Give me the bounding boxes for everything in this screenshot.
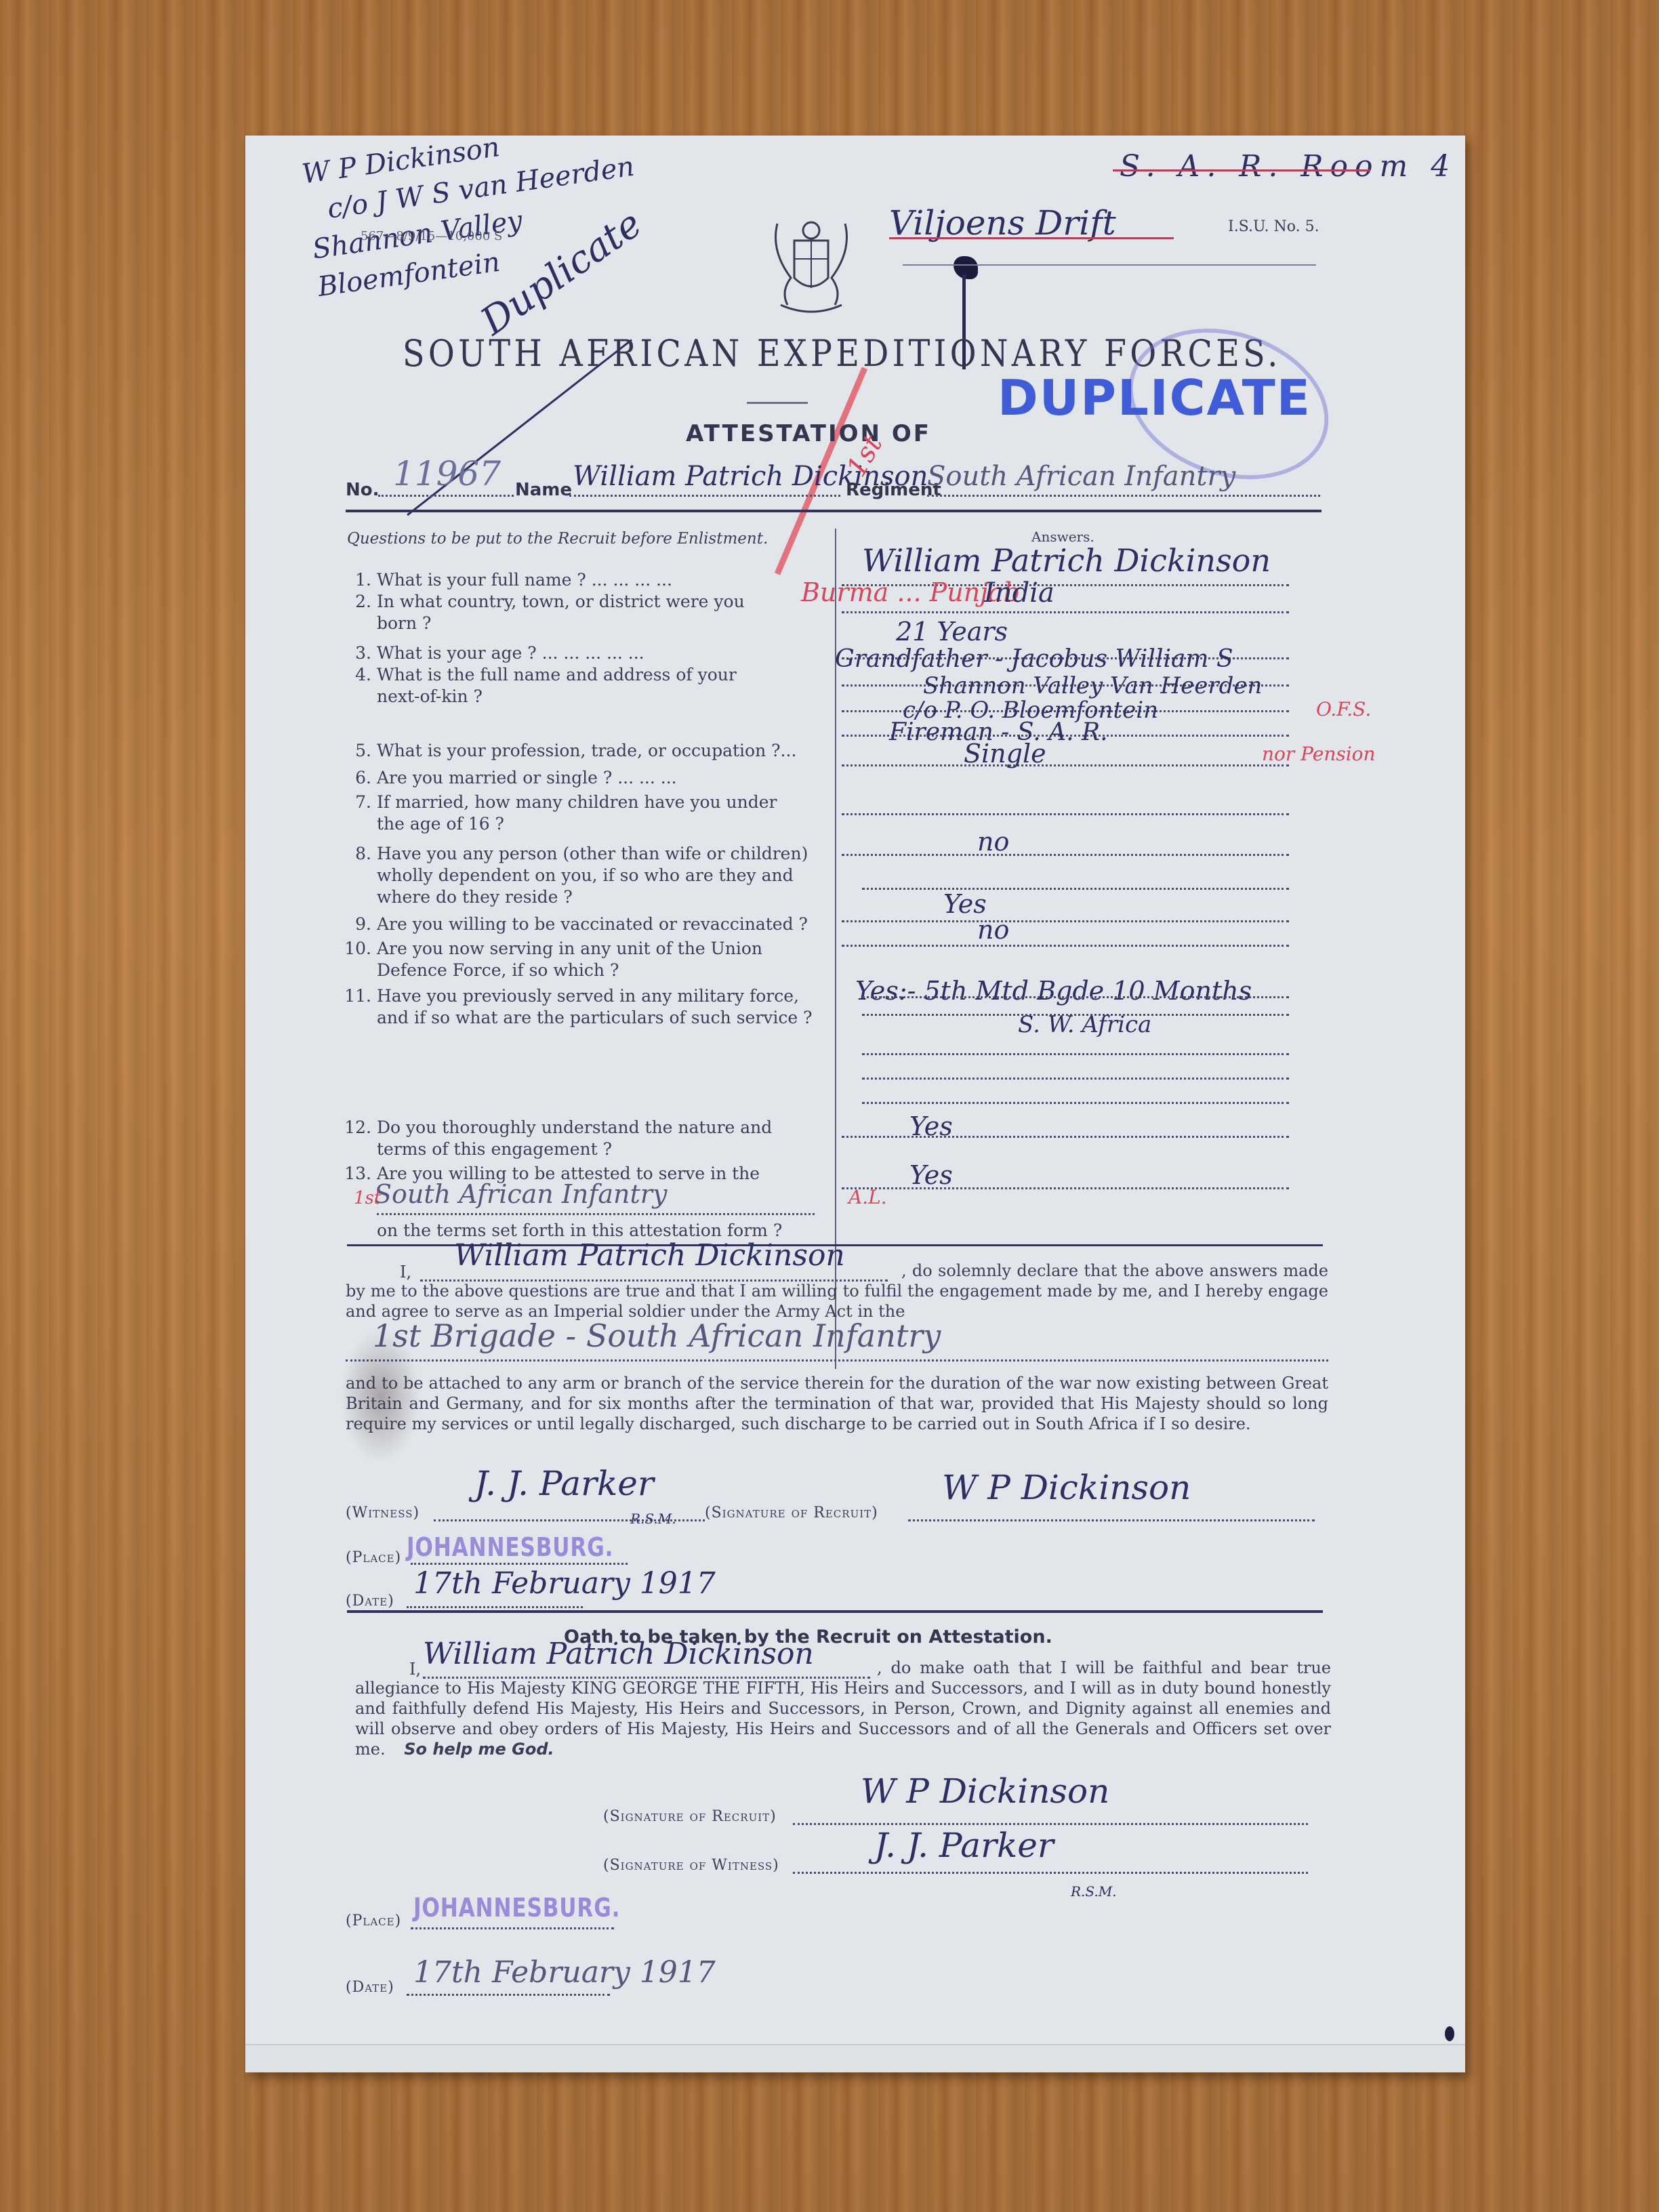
date-value: 17th February 1917 <box>413 1574 716 1594</box>
oath-date-field[interactable] <box>407 1994 610 1996</box>
oath-recruit-signature: W P Dickinson <box>861 1781 1109 1801</box>
declaration-text-2: and to be attached to any arm or branch … <box>346 1373 1328 1434</box>
answer-8-line-b[interactable] <box>862 888 1289 890</box>
place-field[interactable] <box>411 1563 628 1565</box>
answer-11-line2: S. W. Africa <box>1018 1011 1151 1038</box>
question-11: 11.Have you previously served in any mil… <box>340 985 815 1029</box>
attestation-form: W P Dickinson c/o J W S van Heerden Shan… <box>245 136 1465 2072</box>
oath-prefix: I, <box>409 1659 421 1679</box>
declaration-unit: 1st Brigade - South African Infantry <box>373 1326 941 1346</box>
answer-11-line1: Yes:- 5th Mtd Bgde 10 Months <box>855 976 1252 1006</box>
answer-2: India <box>984 577 1054 609</box>
question-7: 7.If married, how many children have you… <box>340 792 815 835</box>
answer-13: Yes <box>909 1160 953 1190</box>
question-12: 12.Do you thoroughly understand the natu… <box>340 1117 815 1160</box>
question-5: 5.What is your profession, trade, or occ… <box>340 740 815 762</box>
answer-11-line-d[interactable] <box>862 1078 1289 1080</box>
declaration-block: I, William Patrich Dickinson , do solemn… <box>346 1255 1328 1434</box>
oath-recruit-field[interactable] <box>793 1823 1308 1825</box>
oath-signatures: (Signature of Recruit) W P Dickinson (Si… <box>346 1796 1328 2135</box>
first-signature-block: (Witness) J. J. Parker R.S.M. (Signature… <box>346 1491 1328 1626</box>
answer-9-line[interactable] <box>842 920 1289 922</box>
answer-4-line2: Shannon Valley Van Heerden <box>923 672 1262 699</box>
answer-6-red: nor Pension <box>1262 743 1376 765</box>
oath-recruit-label: (Signature of Recruit) <box>603 1807 777 1827</box>
q13-unit-field[interactable] <box>377 1213 815 1215</box>
answer-8-line[interactable] <box>842 854 1289 856</box>
question-4: 4.What is the full name and address of y… <box>340 664 815 708</box>
declaration-unit-field[interactable] <box>346 1359 1328 1361</box>
ink-dot <box>1445 2026 1454 2041</box>
question-1: 1.What is your full name ? ... ... ... .… <box>340 569 815 591</box>
answer-2-line[interactable] <box>842 611 1289 613</box>
oath-witness-field[interactable] <box>793 1872 1308 1874</box>
answer-6-line[interactable] <box>842 764 1289 766</box>
question-10: 10.Are you now serving in any unit of th… <box>340 938 815 981</box>
answer-11-line-c[interactable] <box>862 1053 1289 1055</box>
recruit-signature: W P Dickinson <box>942 1477 1191 1498</box>
oath-witness-signature: J. J. Parker <box>874 1835 1054 1856</box>
answers-column: William Patrich Dickinson Burma ... Punj… <box>842 136 1452 1376</box>
place-label: (Place) <box>346 1548 401 1568</box>
oath-date-label: (Date) <box>346 1978 394 1998</box>
oath-name-field[interactable] <box>423 1677 870 1679</box>
question-6: 6.Are you married or single ? ... ... ..… <box>340 767 815 789</box>
title-underline <box>747 402 808 404</box>
answer-3: 21 Years <box>896 617 1008 647</box>
answer-10-line[interactable] <box>842 945 1289 947</box>
questions-header: Questions to be put to the Recruit befor… <box>347 530 768 548</box>
ink-smudge <box>340 1328 422 1464</box>
johannesburg-stamp: JOHANNESBURG. <box>407 1537 613 1557</box>
witness-rank: R.S.M. <box>630 1509 676 1529</box>
handwritten-address: W P Dickinson c/o J W S van Heerden Shan… <box>300 110 647 306</box>
oath-witness-label: (Signature of Witness) <box>603 1856 779 1876</box>
question-9: 9.Are you willing to be vaccinated or re… <box>340 914 815 935</box>
date-label: (Date) <box>346 1591 394 1612</box>
declaration-prefix: I, <box>400 1262 411 1282</box>
answer-6: Single <box>964 739 1046 769</box>
question-8: 8.Have you any person (other than wife o… <box>340 843 815 908</box>
oath-witness-rank: R.S.M. <box>1071 1881 1117 1902</box>
answer-10: no <box>977 915 1009 945</box>
oath-place-label: (Place) <box>346 1911 401 1931</box>
name-label: Name <box>515 480 572 500</box>
oath-name: William Patrich Dickinson <box>423 1644 814 1664</box>
date-field[interactable] <box>407 1606 583 1608</box>
answer-11-line[interactable] <box>862 996 1289 998</box>
witness-signature: J. J. Parker <box>474 1473 654 1494</box>
name-field[interactable] <box>569 495 840 497</box>
answer-12-line[interactable] <box>842 1136 1289 1138</box>
printer-code: 567—8/9/15—10,000 S <box>361 229 502 243</box>
witness-label: (Witness) <box>346 1503 419 1523</box>
answer-8: no <box>977 827 1009 857</box>
oath-closing: So help me God. <box>404 1740 554 1759</box>
answer-4-red: O.F.S. <box>1316 698 1371 720</box>
answer-11-line-e[interactable] <box>862 1102 1289 1104</box>
declaration-name: William Patrich Dickinson <box>454 1246 845 1266</box>
oath-johannesburg-stamp: JOHANNESBURG. <box>413 1898 620 1918</box>
recruit-signature-label: (Signature of Recruit) <box>705 1503 878 1523</box>
q13-unit-value: South African Infantry <box>374 1183 667 1205</box>
oath-date-value: 17th February 1917 <box>413 1963 716 1983</box>
recruit-signature-field[interactable] <box>908 1519 1315 1521</box>
no-label: No. <box>346 480 380 500</box>
no-field[interactable] <box>378 495 514 497</box>
question-2: 2.In what country, town, or district wer… <box>340 591 815 634</box>
declaration-name-field[interactable] <box>420 1279 888 1282</box>
oath-block: I, William Patrich Dickinson , do make o… <box>355 1654 1331 1759</box>
answer-4-line1: Grandfather - Jacobus William S <box>835 645 1233 673</box>
q13-red-note: 1st <box>354 1187 381 1209</box>
answer-7-line[interactable] <box>842 813 1289 815</box>
no-value: 11967 <box>393 454 501 493</box>
declaration-bottom-rule <box>347 1610 1323 1613</box>
question-3: 3.What is your age ? ... ... ... ... ... <box>340 642 815 664</box>
answer-13-line[interactable] <box>842 1187 1289 1189</box>
answer-1: William Patrich Dickinson <box>862 542 1271 579</box>
oath-place-field[interactable] <box>411 1927 614 1929</box>
